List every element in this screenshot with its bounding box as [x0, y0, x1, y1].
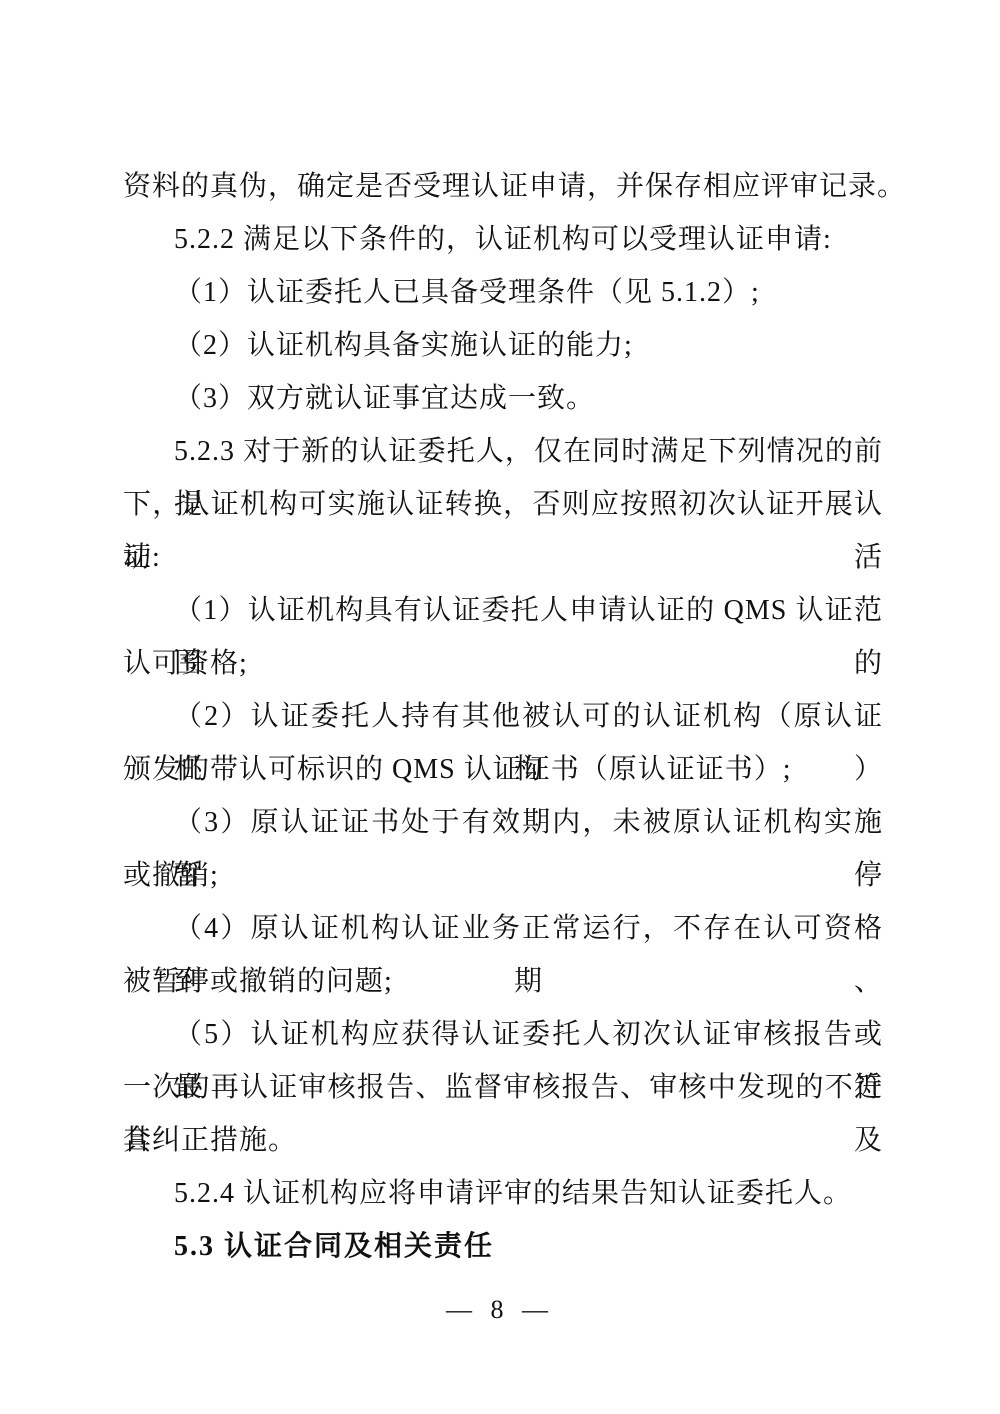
clause-5-2-3-item-4-line-1: （4）原认证机构认证业务正常运行，不存在认可资格到期、 — [123, 902, 883, 955]
clause-5-2-3-item-5-line-1: （5）认证机构应获得认证委托人初次认证审核报告或最近 — [123, 1008, 883, 1061]
clause-5-2-3-item-2-line-2: 颁发的带认可标识的 QMS 认证证书（原认证证书）; — [123, 743, 883, 796]
clause-5-2-4: 5.2.4 认证机构应将申请评审的结果告知认证委托人。 — [123, 1167, 883, 1220]
clause-5-2-2-item-2: （2）认证机构具备实施认证的能力; — [123, 319, 883, 372]
clause-5-2-3-item-5-line-2: 一次的再认证审核报告、监督审核报告、审核中发现的不符合及 — [123, 1061, 883, 1114]
clause-5-2-2-item-1: （1）认证委托人已具备受理条件（见 5.1.2）; — [123, 266, 883, 319]
paragraph-continuation-5-2-1: 资料的真伪，确定是否受理认证申请，并保存相应评审记录。 — [123, 160, 883, 213]
clause-5-2-3-item-2-line-1: （2）认证委托人持有其他被认可的认证机构（原认证机构） — [123, 690, 883, 743]
page-number-footer: — 8 — — [0, 1290, 1000, 1330]
clause-5-2-3-item-3-line-1: （3）原认证证书处于有效期内，未被原认证机构实施暂停 — [123, 796, 883, 849]
document-page: 资料的真伪，确定是否受理认证申请，并保存相应评审记录。 5.2.2 满足以下条件… — [0, 0, 1000, 1414]
heading-5-3: 5.3 认证合同及相关责任 — [123, 1220, 883, 1273]
clause-5-2-3-line-2: 下，认证机构可实施认证转换，否则应按照初次认证开展认证活 — [123, 478, 883, 531]
document-body: 资料的真伪，确定是否受理认证申请，并保存相应评审记录。 5.2.2 满足以下条件… — [123, 160, 883, 1273]
clause-5-2-2: 5.2.2 满足以下条件的，认证机构可以受理认证申请: — [123, 213, 883, 266]
clause-5-2-3-line-1: 5.2.3 对于新的认证委托人，仅在同时满足下列情况的前提 — [123, 425, 883, 478]
clause-5-2-3-item-1-line-1: （1）认证机构具有认证委托人申请认证的 QMS 认证范围的 — [123, 584, 883, 637]
clause-5-2-2-item-3: （3）双方就认证事宜达成一致。 — [123, 372, 883, 425]
